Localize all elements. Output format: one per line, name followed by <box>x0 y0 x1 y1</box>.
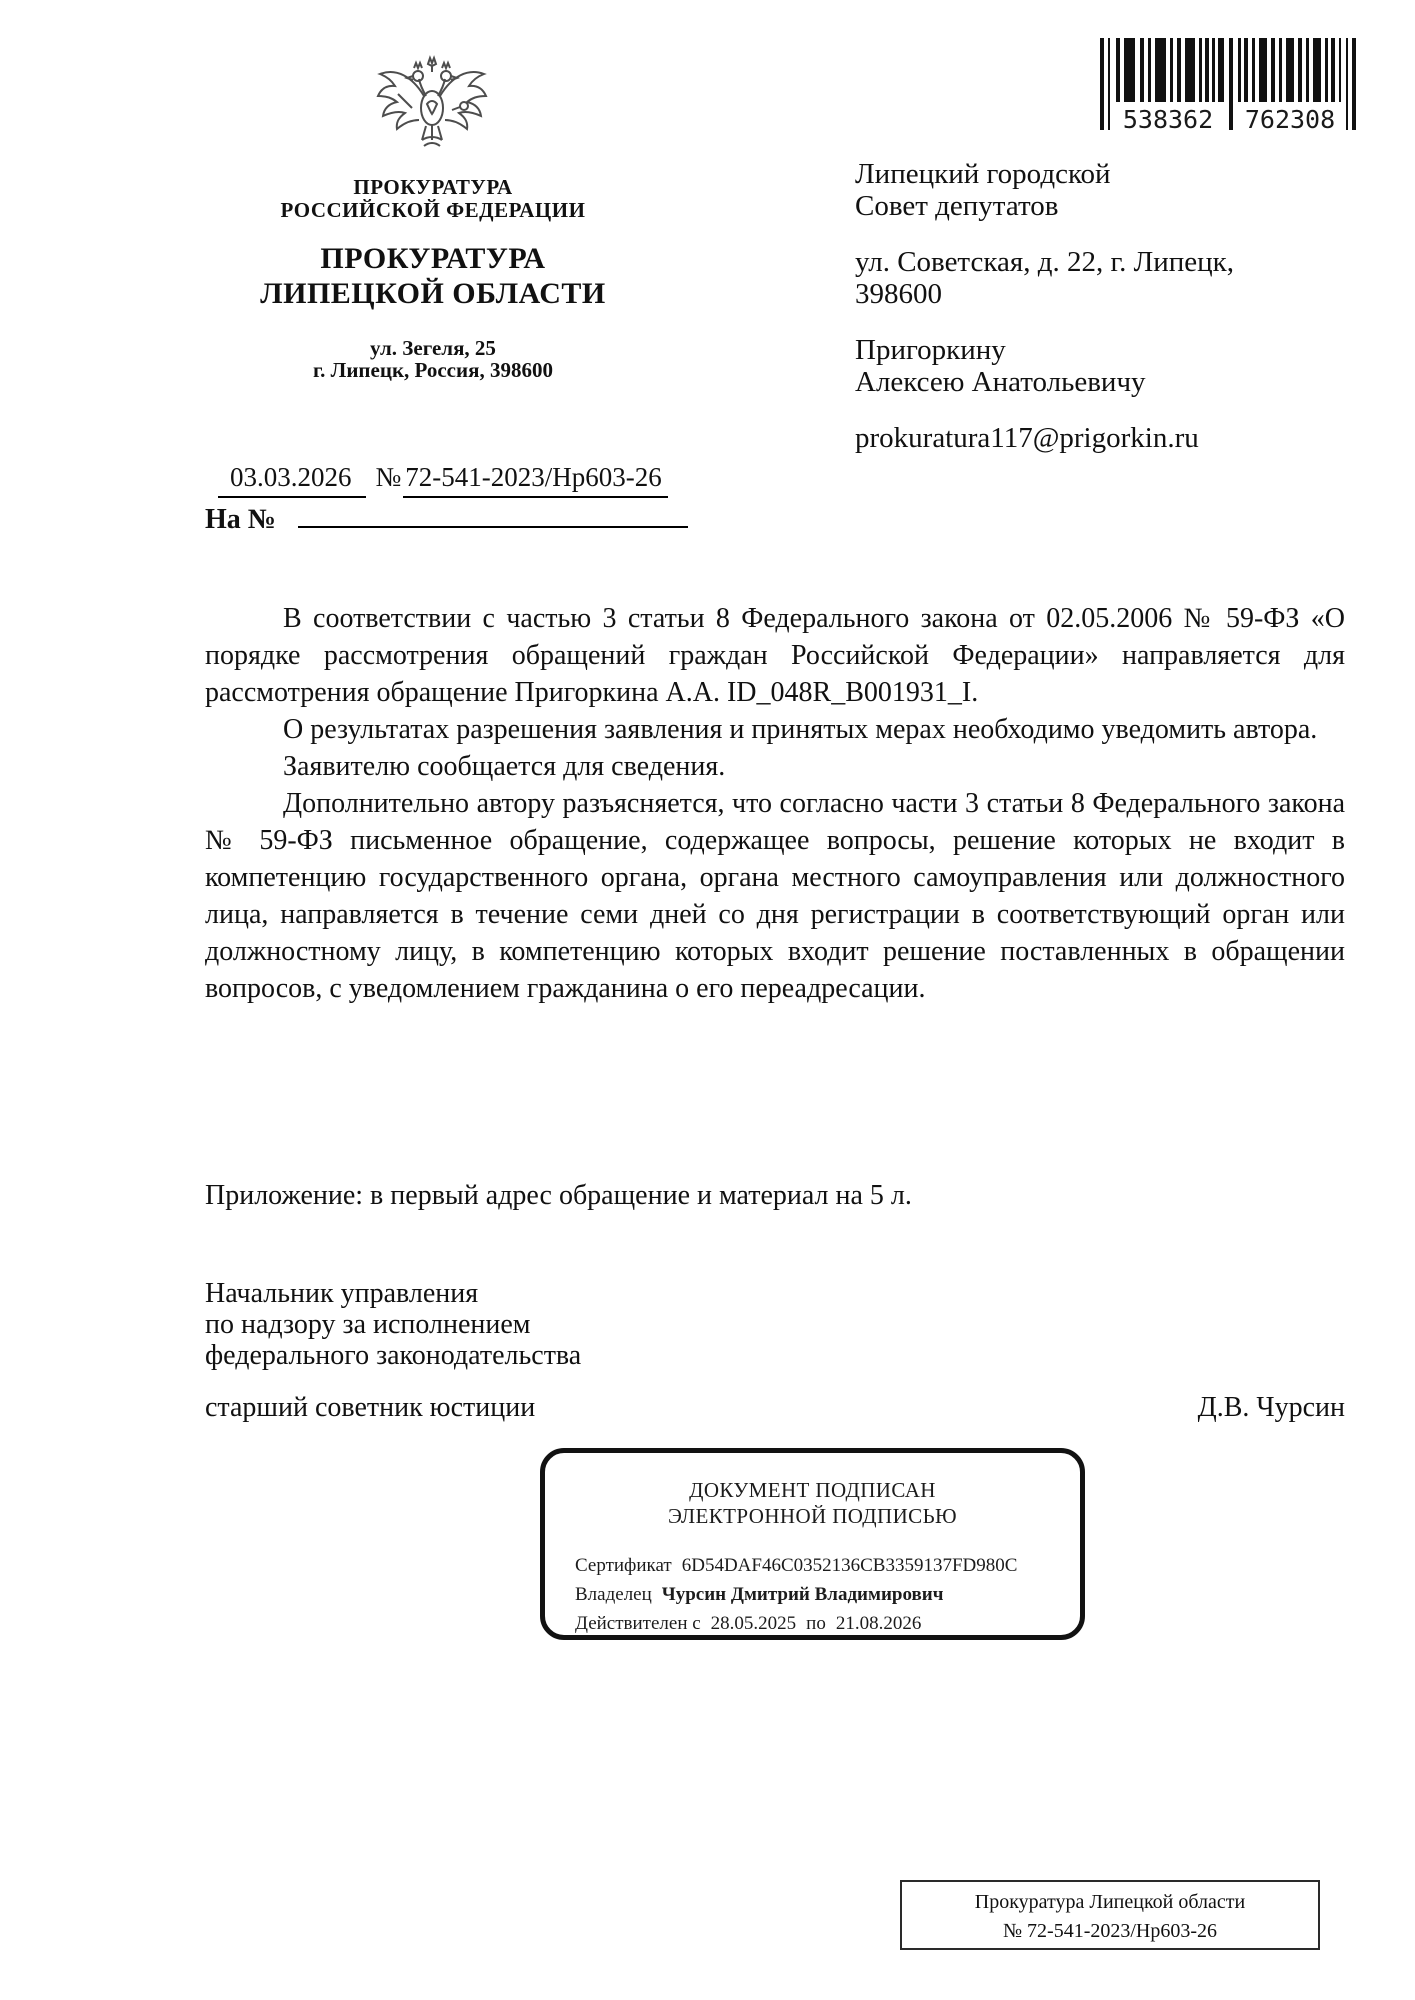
recipient-email: prokuratura117@prigorkin.ru <box>855 422 1335 454</box>
letterhead-name-line2: ЛИПЕЦКОЙ ОБЛАСТИ <box>228 276 638 311</box>
recipient-org-line1: Липецкий городской <box>855 158 1335 190</box>
letterhead: ПРОКУРАТУРА РОССИЙСКОЙ ФЕДЕРАЦИИ ПРОКУРА… <box>228 176 638 381</box>
valid-to-label: по <box>806 1613 826 1634</box>
stamp-owner-line: ВладелецЧурсин Дмитрий Владимирович <box>575 1580 1050 1609</box>
recipient-person-line2: Алексею Анатольевичу <box>855 366 1335 398</box>
recipient-person-line1: Пригоркину <box>855 334 1335 366</box>
stamp-title-line2: ЭЛЕКТРОННОЙ ПОДПИСЬЮ <box>575 1503 1050 1529</box>
body-paragraph: Заявителю сообщается для сведения. <box>205 748 1345 785</box>
reply-row: На № <box>205 500 688 536</box>
certificate-value: 6D54DAF46C0352136CB3359137FD980C <box>682 1555 1018 1576</box>
signature-row: старший советник юстиции Д.В. Чурсин <box>205 1392 1345 1424</box>
recipient-block: Липецкий городской Совет депутатов ул. С… <box>855 158 1335 454</box>
barcode: 538362 762308 <box>1100 38 1365 138</box>
certificate-label: Сертификат <box>575 1555 672 1576</box>
body-paragraph: В соответствии с частью 3 статьи 8 Федер… <box>205 600 1345 711</box>
body-paragraph: Дополнительно автору разъясняется, что с… <box>205 785 1345 1007</box>
signer-rank: старший советник юстиции <box>205 1392 535 1424</box>
valid-to-date: 21.08.2026 <box>836 1613 922 1634</box>
document-number: 72-541-2023/Нр603-26 <box>403 462 667 498</box>
signer-position-block: Начальник управления по надзору за испол… <box>205 1278 581 1371</box>
document-date: 03.03.2026 <box>218 462 366 498</box>
letterhead-org-line1: ПРОКУРАТУРА <box>228 176 638 199</box>
signer-position-line3: федерального законодательства <box>205 1340 581 1371</box>
letterhead-org-line2: РОССИЙСКОЙ ФЕДЕРАЦИИ <box>228 199 638 222</box>
recipient-org-line2: Совет депутатов <box>855 190 1335 222</box>
document-page: 538362 762308 <box>0 0 1415 2000</box>
reply-label: На № <box>205 504 276 535</box>
number-sign: № <box>366 462 404 492</box>
stamp-title-line1: ДОКУМЕНТ ПОДПИСАН <box>575 1477 1050 1503</box>
signer-position-line2: по надзору за исполнением <box>205 1309 581 1340</box>
barcode-digits-right: 762308 <box>1245 105 1335 134</box>
reference-row: 03.03.2026№72-541-2023/Нр603-26 <box>218 462 668 498</box>
registration-footer-box: Прокуратура Липецкой области № 72-541-20… <box>900 1880 1320 1950</box>
letter-body: В соответствии с частью 3 статьи 8 Федер… <box>205 600 1345 1007</box>
stamp-validity-line: Действителен с28.05.2025по21.08.2026 <box>575 1609 1050 1638</box>
recipient-address-line2: 398600 <box>855 278 1335 310</box>
signer-position-line1: Начальник управления <box>205 1278 581 1309</box>
valid-from-date: 28.05.2025 <box>711 1613 797 1634</box>
signer-name: Д.В. Чурсин <box>1198 1392 1345 1424</box>
esignature-stamp: ДОКУМЕНТ ПОДПИСАН ЭЛЕКТРОННОЙ ПОДПИСЬЮ С… <box>540 1448 1085 1640</box>
body-paragraph: О результатах разрешения заявления и при… <box>205 711 1345 748</box>
letterhead-name-line1: ПРОКУРАТУРА <box>228 241 638 276</box>
owner-label: Владелец <box>575 1584 652 1605</box>
footer-reg-number: № 72-541-2023/Нр603-26 <box>902 1917 1318 1946</box>
owner-name: Чурсин Дмитрий Владимирович <box>662 1584 944 1605</box>
letterhead-address-line1: ул. Зегеля, 25 <box>228 337 638 359</box>
valid-label: Действителен с <box>575 1613 701 1634</box>
recipient-address-line1: ул. Советская, д. 22, г. Липецк, <box>855 246 1335 278</box>
reply-blank-line <box>298 500 688 528</box>
letterhead-address-line2: г. Липецк, Россия, 398600 <box>228 359 638 381</box>
stamp-certificate-line: Сертификат6D54DAF46C0352136CB3359137FD98… <box>575 1551 1050 1580</box>
coat-of-arms-icon <box>372 52 492 170</box>
attachment-line: Приложение: в первый адрес обращение и м… <box>205 1180 1345 1212</box>
footer-org-name: Прокуратура Липецкой области <box>902 1888 1318 1917</box>
barcode-digits-left: 538362 <box>1123 105 1213 134</box>
